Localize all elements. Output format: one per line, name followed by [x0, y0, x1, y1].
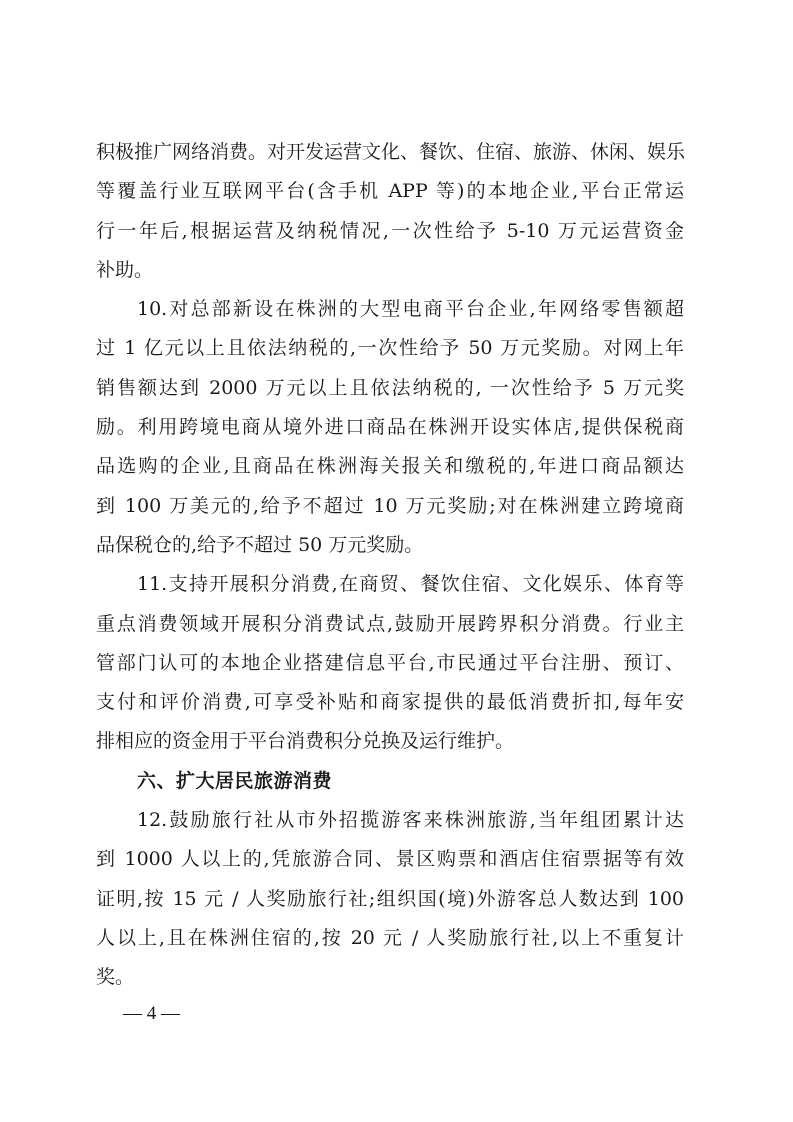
text-line: 补助。	[96, 257, 684, 296]
text-line: 人以上,且在株洲住宿的,按 20 元 / 人奖励旅行社,以上不重复计	[96, 925, 684, 964]
paragraph-item-10: 10.对总部新设在株洲的大型电商平台企业,年网络零售额超 过 1 亿元以上且依法…	[96, 296, 684, 571]
text-line: 积极推广网络消费。对开发运营文化、餐饮、住宿、旅游、休闲、娱乐	[96, 139, 684, 178]
text-line: 到 1000 人以上的,凭旅游合同、景区购票和酒店住宿票据等有效	[96, 846, 684, 885]
text-line: 到 100 万美元的,给予不超过 10 万元奖励;对在株洲建立跨境商	[96, 493, 684, 532]
text-line: 等覆盖行业互联网平台(含手机 APP 等)的本地企业,平台正常运	[96, 178, 684, 217]
page-number: — 4 —	[123, 1003, 180, 1025]
text-line: 销售额达到 2000 万元以上且依法纳税的, 一次性给予 5 万元奖	[96, 375, 684, 414]
paragraph-continuation: 积极推广网络消费。对开发运营文化、餐饮、住宿、旅游、休闲、娱乐 等覆盖行业互联网…	[96, 139, 684, 296]
paragraph-item-12: 12.鼓励旅行社从市外招揽游客来株洲旅游,当年组团累计达 到 1000 人以上的…	[96, 807, 684, 1003]
text-line: 证明,按 15 元 / 人奖励旅行社;组织国(境)外游客总人数达到 100	[96, 886, 684, 925]
text-line: 品选购的企业,且商品在株洲海关报关和缴税的,年进口商品额达	[96, 453, 684, 492]
paragraph-item-11: 11.支持开展积分消费,在商贸、餐饮住宿、文化娱乐、体育等 重点消费领域开展积分…	[96, 571, 684, 767]
text-line: 重点消费领域开展积分消费试点,鼓励开展跨界积分消费。行业主	[96, 611, 684, 650]
text-line: 11.支持开展积分消费,在商贸、餐饮住宿、文化娱乐、体育等	[96, 571, 684, 610]
text-line: 过 1 亿元以上且依法纳税的,一次性给予 50 万元奖励。对网上年	[96, 335, 684, 374]
text-line: 励。利用跨境电商从境外进口商品在株洲开设实体店,提供保税商	[96, 414, 684, 453]
text-line: 排相应的资金用于平台消费积分兑换及运行维护。	[96, 728, 684, 767]
text-line: 奖。	[96, 964, 684, 1003]
document-page: 积极推广网络消费。对开发运营文化、餐饮、住宿、旅游、休闲、娱乐 等覆盖行业互联网…	[0, 0, 793, 1122]
text-line: 支付和评价消费,可享受补贴和商家提供的最低消费折扣,每年安	[96, 689, 684, 728]
text-line: 行一年后,根据运营及纳税情况,一次性给予 5-10 万元运营资金	[96, 218, 684, 257]
text-line: 品保税仓的,给予不超过 50 万元奖励。	[96, 532, 684, 571]
document-body: 积极推广网络消费。对开发运营文化、餐饮、住宿、旅游、休闲、娱乐 等覆盖行业互联网…	[96, 139, 684, 1004]
text-line: 10.对总部新设在株洲的大型电商平台企业,年网络零售额超	[96, 296, 684, 335]
text-line: 12.鼓励旅行社从市外招揽游客来株洲旅游,当年组团累计达	[96, 807, 684, 846]
section-heading: 六、扩大居民旅游消费	[96, 768, 684, 807]
text-line: 管部门认可的本地企业搭建信息平台,市民通过平台注册、预订、	[96, 650, 684, 689]
